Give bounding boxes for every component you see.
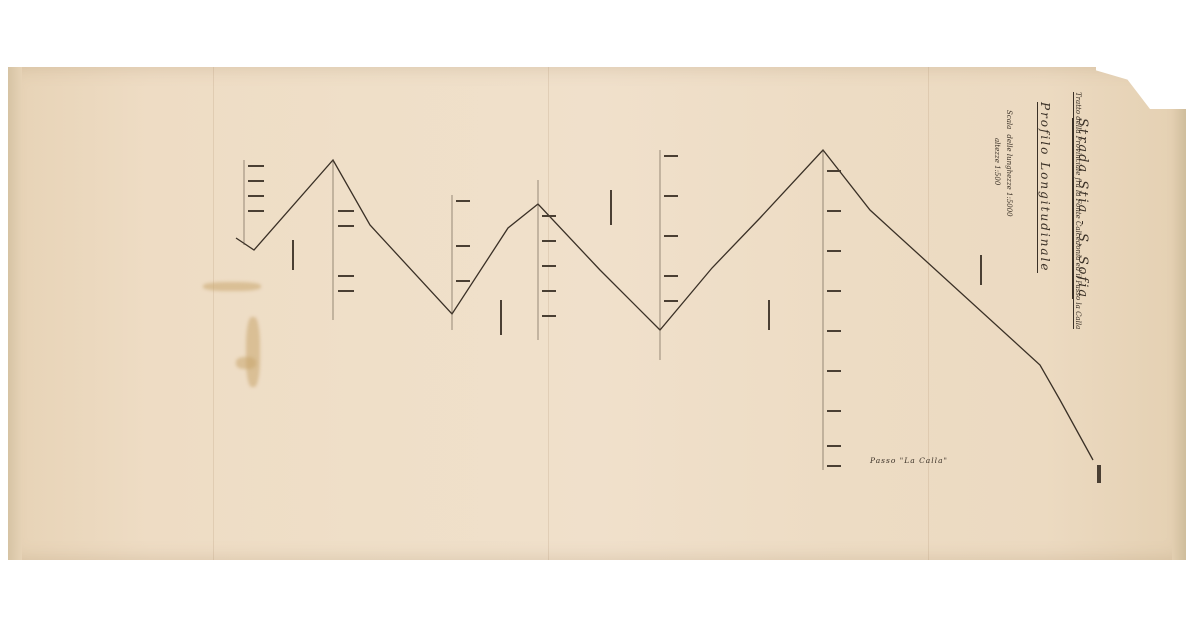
longitudinal-profile-line: [0, 0, 1200, 628]
document-subtitle: Tratto della Provinciale fra la Fonte Ca…: [1073, 92, 1082, 329]
profile-heading: Profilo Longitudinale: [1037, 102, 1052, 273]
scale-heights-block: altezze 1:500: [991, 138, 1010, 185]
station-tick-marks: [244, 150, 823, 470]
subtitle-block: Tratto della Provinciale fra la Fonte Ca…: [1073, 92, 1082, 329]
place-label-passo-la-calla: Passo "La Calla": [870, 456, 948, 465]
heading-block: Profilo Longitudinale: [1037, 102, 1052, 273]
scale-heights: altezze 1:500: [993, 138, 1001, 185]
scale-label: Scala: [1005, 110, 1013, 129]
elevation-label-dots: [248, 155, 1101, 483]
